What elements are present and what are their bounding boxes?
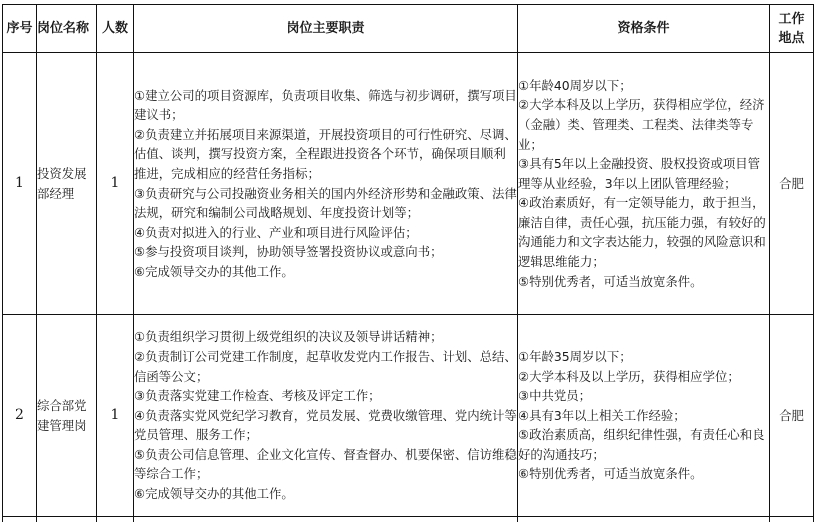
empty-cell bbox=[97, 517, 134, 522]
duty-item: ①建立公司的项目资源库，负责项目收集、筛选与初步调研，撰写项目建议书； bbox=[134, 86, 517, 125]
requirement-item: ②大学本科及以上学历，获得相应学位，经济（金融）类、管理类、工程类、法律类等专业… bbox=[518, 95, 769, 154]
requirement-item: ①年龄35周岁以下； bbox=[518, 347, 769, 367]
requirement-item: ③中共党员； bbox=[518, 386, 769, 406]
duty-item: ②负责制订公司党建工作制度，起草收发党内工作报告、计划、总结、信函等公文； bbox=[134, 347, 517, 386]
requirements-cell: ①年龄35周岁以下； ②大学本科及以上学历，获得相应学位； ③中共党员； ④具有… bbox=[518, 315, 770, 517]
duty-item: ③负责研究与公司投融资业务相关的国内外经济形势和金融政策、法律法规，研究和编制公… bbox=[134, 184, 517, 223]
table-row: 2 综合部党建管理岗 1 ①负责组织学习贯彻上级党组织的决议及领导讲话精神； ②… bbox=[3, 315, 814, 517]
requirements-cell: ①年龄40周岁以下； ②大学本科及以上学历，获得相应学位，经济（金融）类、管理类… bbox=[518, 53, 770, 315]
headcount: 1 bbox=[97, 53, 134, 315]
header-requirements: 资格条件 bbox=[518, 5, 770, 53]
header-location: 工作地点 bbox=[770, 5, 814, 53]
requirement-item: ④政治素质好，有一定领导能力，敢于担当，廉洁自律，责任心强，抗压能力强，有较好的… bbox=[518, 193, 769, 271]
empty-cell bbox=[770, 517, 814, 522]
duty-item: ④负责对拟进入的行业、产业和项目进行风险评估； bbox=[134, 223, 517, 243]
position-name: 投资发展部经理 bbox=[37, 53, 97, 315]
header-index: 序号 bbox=[3, 5, 37, 53]
work-location: 合肥 bbox=[770, 53, 814, 315]
requirement-item: ③具有5年以上金融投资、股权投资或项目管理等从业经验，3年以上团队管理经验； bbox=[518, 154, 769, 193]
requirement-item: ⑤政治素质高，组织纪律性强，有责任心和良好的沟通技巧； bbox=[518, 425, 769, 464]
empty-cell bbox=[134, 517, 518, 522]
job-positions-table: 序号 岗位名称 人数 岗位主要职责 资格条件 工作地点 1 投资发展部经理 1 … bbox=[2, 4, 814, 522]
table-row: 1 投资发展部经理 1 ①建立公司的项目资源库，负责项目收集、筛选与初步调研，撰… bbox=[3, 53, 814, 315]
work-location: 合肥 bbox=[770, 315, 814, 517]
header-position: 岗位名称 bbox=[37, 5, 97, 53]
table-header-row: 序号 岗位名称 人数 岗位主要职责 资格条件 工作地点 bbox=[3, 5, 814, 53]
duty-item: ①负责组织学习贯彻上级党组织的决议及领导讲话精神； bbox=[134, 327, 517, 347]
duties-cell: ①负责组织学习贯彻上级党组织的决议及领导讲话精神； ②负责制订公司党建工作制度，… bbox=[134, 315, 518, 517]
duty-item: ⑥完成领导交办的其他工作。 bbox=[134, 484, 517, 504]
requirement-item: ⑥特别优秀者，可适当放宽条件。 bbox=[518, 464, 769, 484]
requirement-item: ⑤特别优秀者，可适当放宽条件。 bbox=[518, 272, 769, 292]
duty-item: ⑥完成领导交办的其他工作。 bbox=[134, 262, 517, 282]
row-index: 2 bbox=[3, 315, 37, 517]
position-name: 综合部党建管理岗 bbox=[37, 315, 97, 517]
header-duties: 岗位主要职责 bbox=[134, 5, 518, 53]
duty-item: ⑤负责公司信息管理、企业文化宣传、督查督办、机要保密、信访维稳等综合工作； bbox=[134, 445, 517, 484]
duty-item: ②负责建立并拓展项目来源渠道，开展投资项目的可行性研究、尽调、估值、谈判，撰写投… bbox=[134, 125, 517, 184]
row-index: 1 bbox=[3, 53, 37, 315]
duties-cell: ①建立公司的项目资源库，负责项目收集、筛选与初步调研，撰写项目建议书； ②负责建… bbox=[134, 53, 518, 315]
empty-cell bbox=[3, 517, 37, 522]
duty-item: ④负责落实党风党纪学习教育，党员发展、党费收缴管理、党内统计等党员管理、服务工作… bbox=[134, 406, 517, 445]
requirement-item: ④具有3年以上相关工作经验； bbox=[518, 406, 769, 426]
table-row-partial bbox=[3, 517, 814, 522]
header-count: 人数 bbox=[97, 5, 134, 53]
requirement-item: ①年龄40周岁以下； bbox=[518, 76, 769, 96]
headcount: 1 bbox=[97, 315, 134, 517]
empty-cell bbox=[37, 517, 97, 522]
duty-item: ③负责落实党建工作检查、考核及评定工作； bbox=[134, 386, 517, 406]
requirement-item: ②大学本科及以上学历，获得相应学位； bbox=[518, 367, 769, 387]
empty-cell bbox=[518, 517, 770, 522]
duty-item: ⑤参与投资项目谈判，协助领导签署投资协议或意向书； bbox=[134, 242, 517, 262]
